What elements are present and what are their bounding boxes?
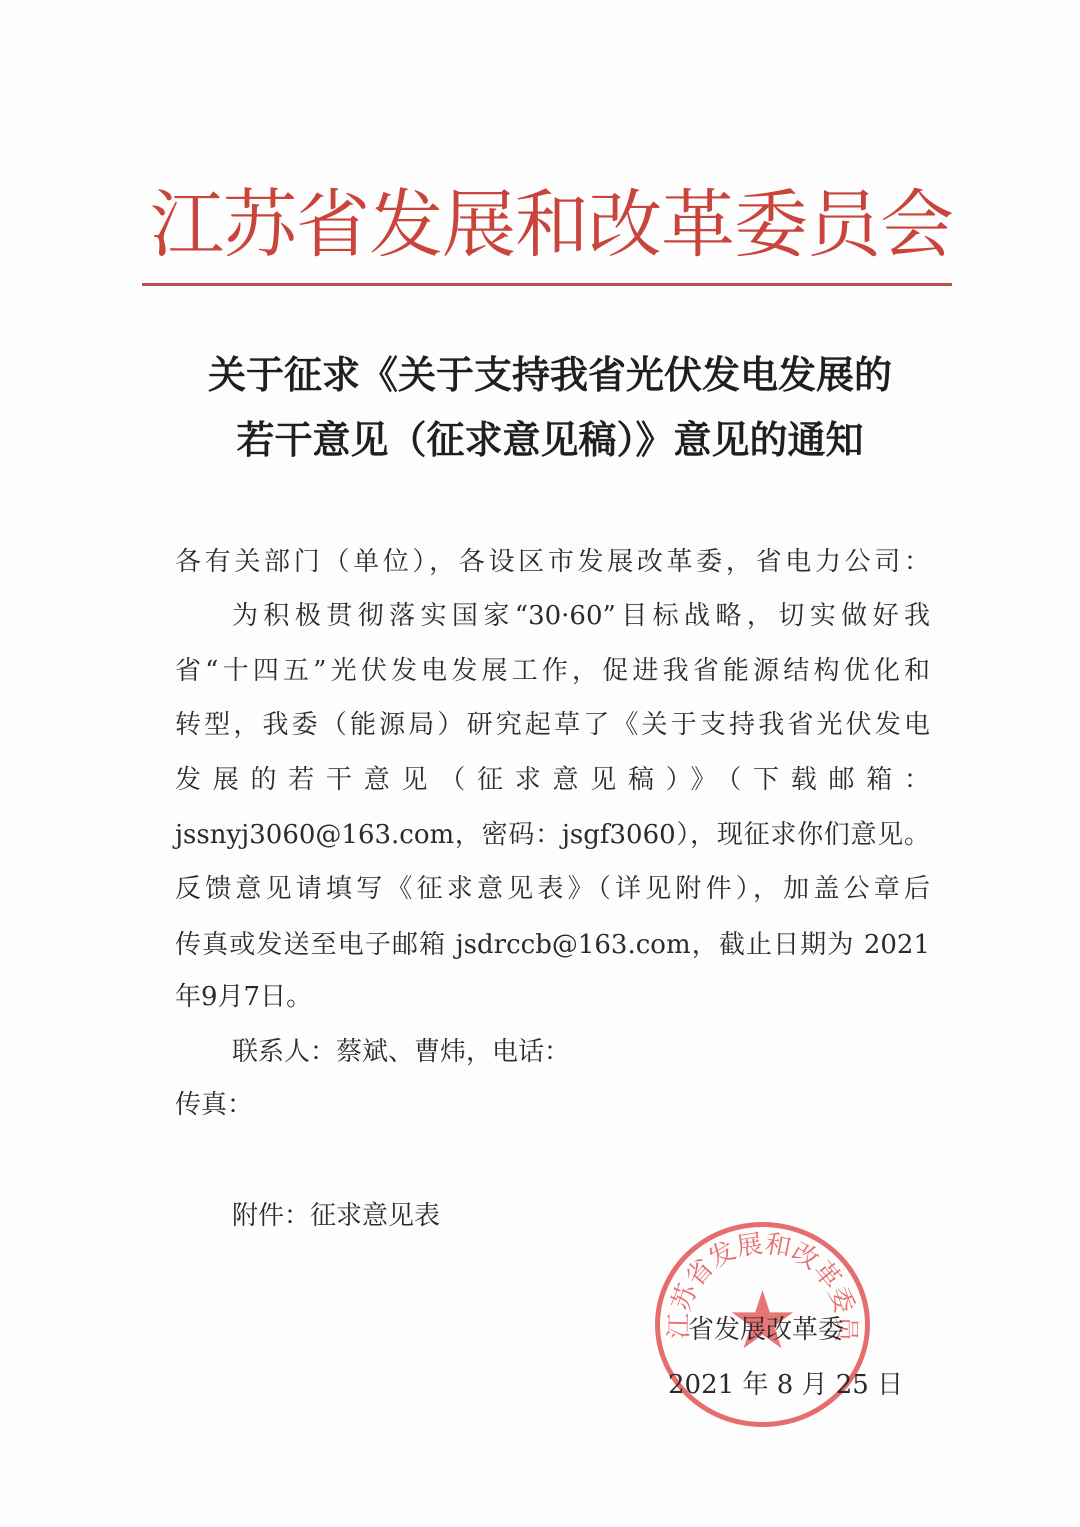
document-page: 江苏省发展和改革委员会 关于征求《关于支持我省光伏发电发展的 若干意见（征求意见… bbox=[0, 0, 1080, 1527]
issuer-name: 省发展改革委 bbox=[688, 1310, 844, 1350]
body-line-download-email: jssnyj3060@163.com，密码：jsgf3060），现征求你们意见。 bbox=[175, 815, 930, 855]
body-line: 反馈意见请填写《征求意见表》（详见附件），加盖公章后 bbox=[175, 869, 930, 909]
fax-line: 传真： bbox=[175, 1085, 930, 1125]
letterhead-org-name: 江苏省发展和改革委员会 bbox=[150, 180, 940, 270]
body-line: 为积极贯彻落实国家“30·60”目标战略，切实做好我 bbox=[232, 596, 930, 636]
body-line: 发展的若干意见（征求意见稿）》（下载邮箱： bbox=[175, 760, 930, 800]
body-line-feedback-email: 传真或发送至电子邮箱 jsdrccb@163.com，截止日期为 2021 bbox=[175, 925, 930, 965]
body-line-deadline: 年9月7日。 bbox=[175, 977, 930, 1017]
body-line: 省“十四五”光伏发电发展工作，促进我省能源结构优化和 bbox=[175, 651, 930, 691]
notice-title-line-1: 关于征求《关于支持我省光伏发电发展的 bbox=[150, 345, 950, 405]
body-line: 转型，我委（能源局）研究起草了《关于支持我省光伏发电 bbox=[175, 705, 930, 745]
contact-line: 联系人：蔡斌、曹炜，电话： bbox=[232, 1032, 930, 1072]
salutation: 各有关部门（单位），各设区市发展改革委，省电力公司： bbox=[175, 542, 930, 582]
notice-title-line-2: 若干意见（征求意见稿）》意见的通知 bbox=[150, 410, 950, 470]
issue-date: 2021 年 8 月 25 日 bbox=[668, 1365, 903, 1405]
letterhead-red-rule bbox=[142, 283, 952, 286]
